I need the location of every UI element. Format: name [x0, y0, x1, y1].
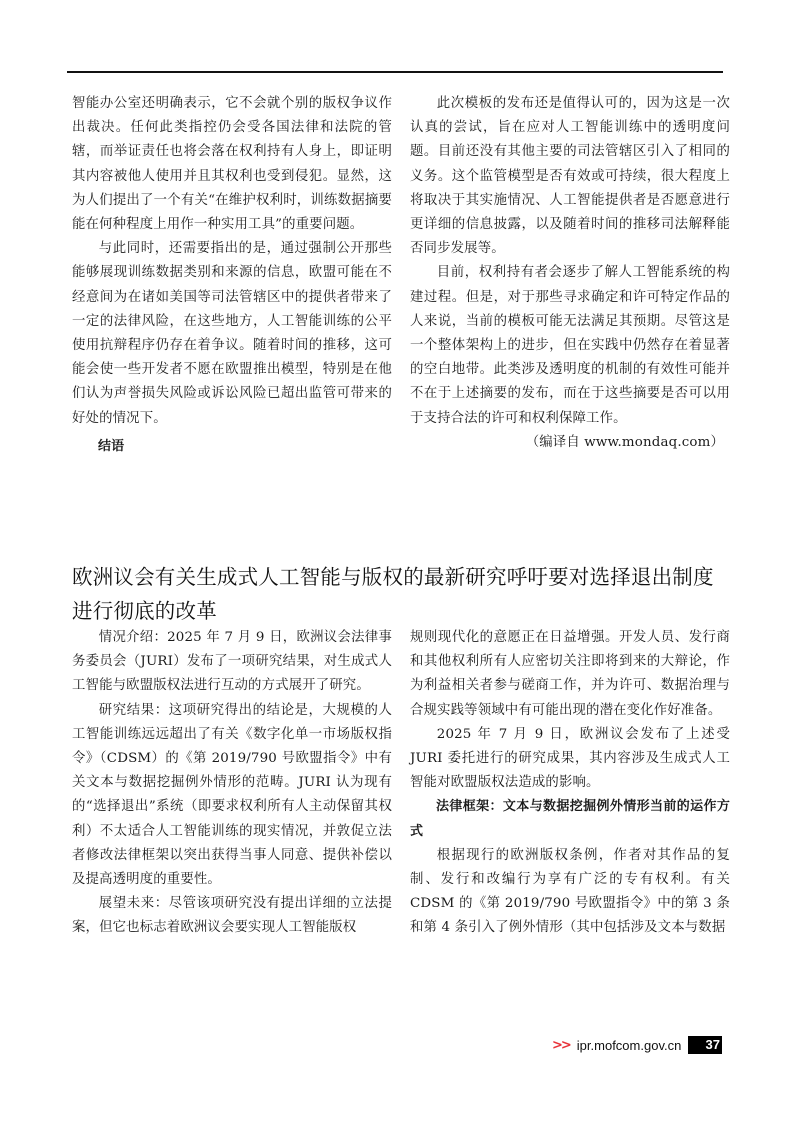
- paragraph-intro: 情况介绍：2025 年 7 月 9 日，欧洲议会法律事务委员会（JURI）发布了…: [72, 626, 392, 699]
- paragraph-outlook: 展望未来：尽管该项研究没有提出详细的立法提案，但它也标志着欧洲议会要实现人工智能…: [72, 892, 392, 940]
- paragraph: 2025 年 7 月 9 日，欧洲议会发布了上述受 JURI 委托进行的研究成果…: [410, 723, 730, 796]
- paragraph: 根据现行的欧洲版权条例，作者对其作品的复制、发行和改编行为享有广泛的专有权利。有…: [410, 844, 730, 941]
- double-chevron-right-icon: >>: [552, 1038, 570, 1053]
- paragraph-findings: 研究结果：这项研究得出的结论是，大规模的人工智能训练远远超出了有关《数字化单一市…: [72, 699, 392, 893]
- article-left-column: 情况介绍：2025 年 7 月 9 日，欧洲议会法律事务委员会（JURI）发布了…: [72, 626, 392, 941]
- page-footer: >> ipr.mofcom.gov.cn 37: [552, 1036, 681, 1054]
- header-rule: [67, 71, 723, 73]
- paragraph: 此次模板的发布还是值得认可的，因为这是一次认真的尝试，旨在应对人工智能训练中的透…: [410, 92, 730, 261]
- paragraph: 与此同时，还需要指出的是，通过强制公开那些能够展现训练数据类别和来源的信息，欧盟…: [72, 237, 392, 431]
- footer-site-link[interactable]: ipr.mofcom.gov.cn: [577, 1038, 682, 1053]
- top-right-column: 此次模板的发布还是值得认可的，因为这是一次认真的尝试，旨在应对人工智能训练中的透…: [410, 92, 730, 512]
- top-left-column: 智能办公室还明确表示，它不会就个别的版权争议作出裁决。任何此类指控仍会受各国法律…: [72, 92, 392, 532]
- paragraph: 智能办公室还明确表示，它不会就个别的版权争议作出裁决。任何此类指控仍会受各国法律…: [72, 92, 392, 237]
- section-heading-legal-framework: 法律框架：文本与数据挖掘例外情形当前的运作方式: [410, 795, 730, 843]
- page-number: 37: [688, 1036, 722, 1054]
- section-heading-conclusion: 结语: [72, 435, 392, 459]
- source-credit: （编译自 www.mondaq.com）: [410, 431, 730, 455]
- article-right-column: 规则现代化的意愿正在日益增强。开发人员、发行商和其他权利所有人应密切关注即将到来…: [410, 626, 730, 941]
- article-title: 欧洲议会有关生成式人工智能与版权的最新研究呼吁要对选择退出制度进行彻底的改革: [72, 560, 732, 628]
- paragraph: 规则现代化的意愿正在日益增强。开发人员、发行商和其他权利所有人应密切关注即将到来…: [410, 626, 730, 723]
- paragraph: 目前，权利持有者会逐步了解人工智能系统的构建过程。但是，对于那些寻求确定和许可特…: [410, 261, 730, 430]
